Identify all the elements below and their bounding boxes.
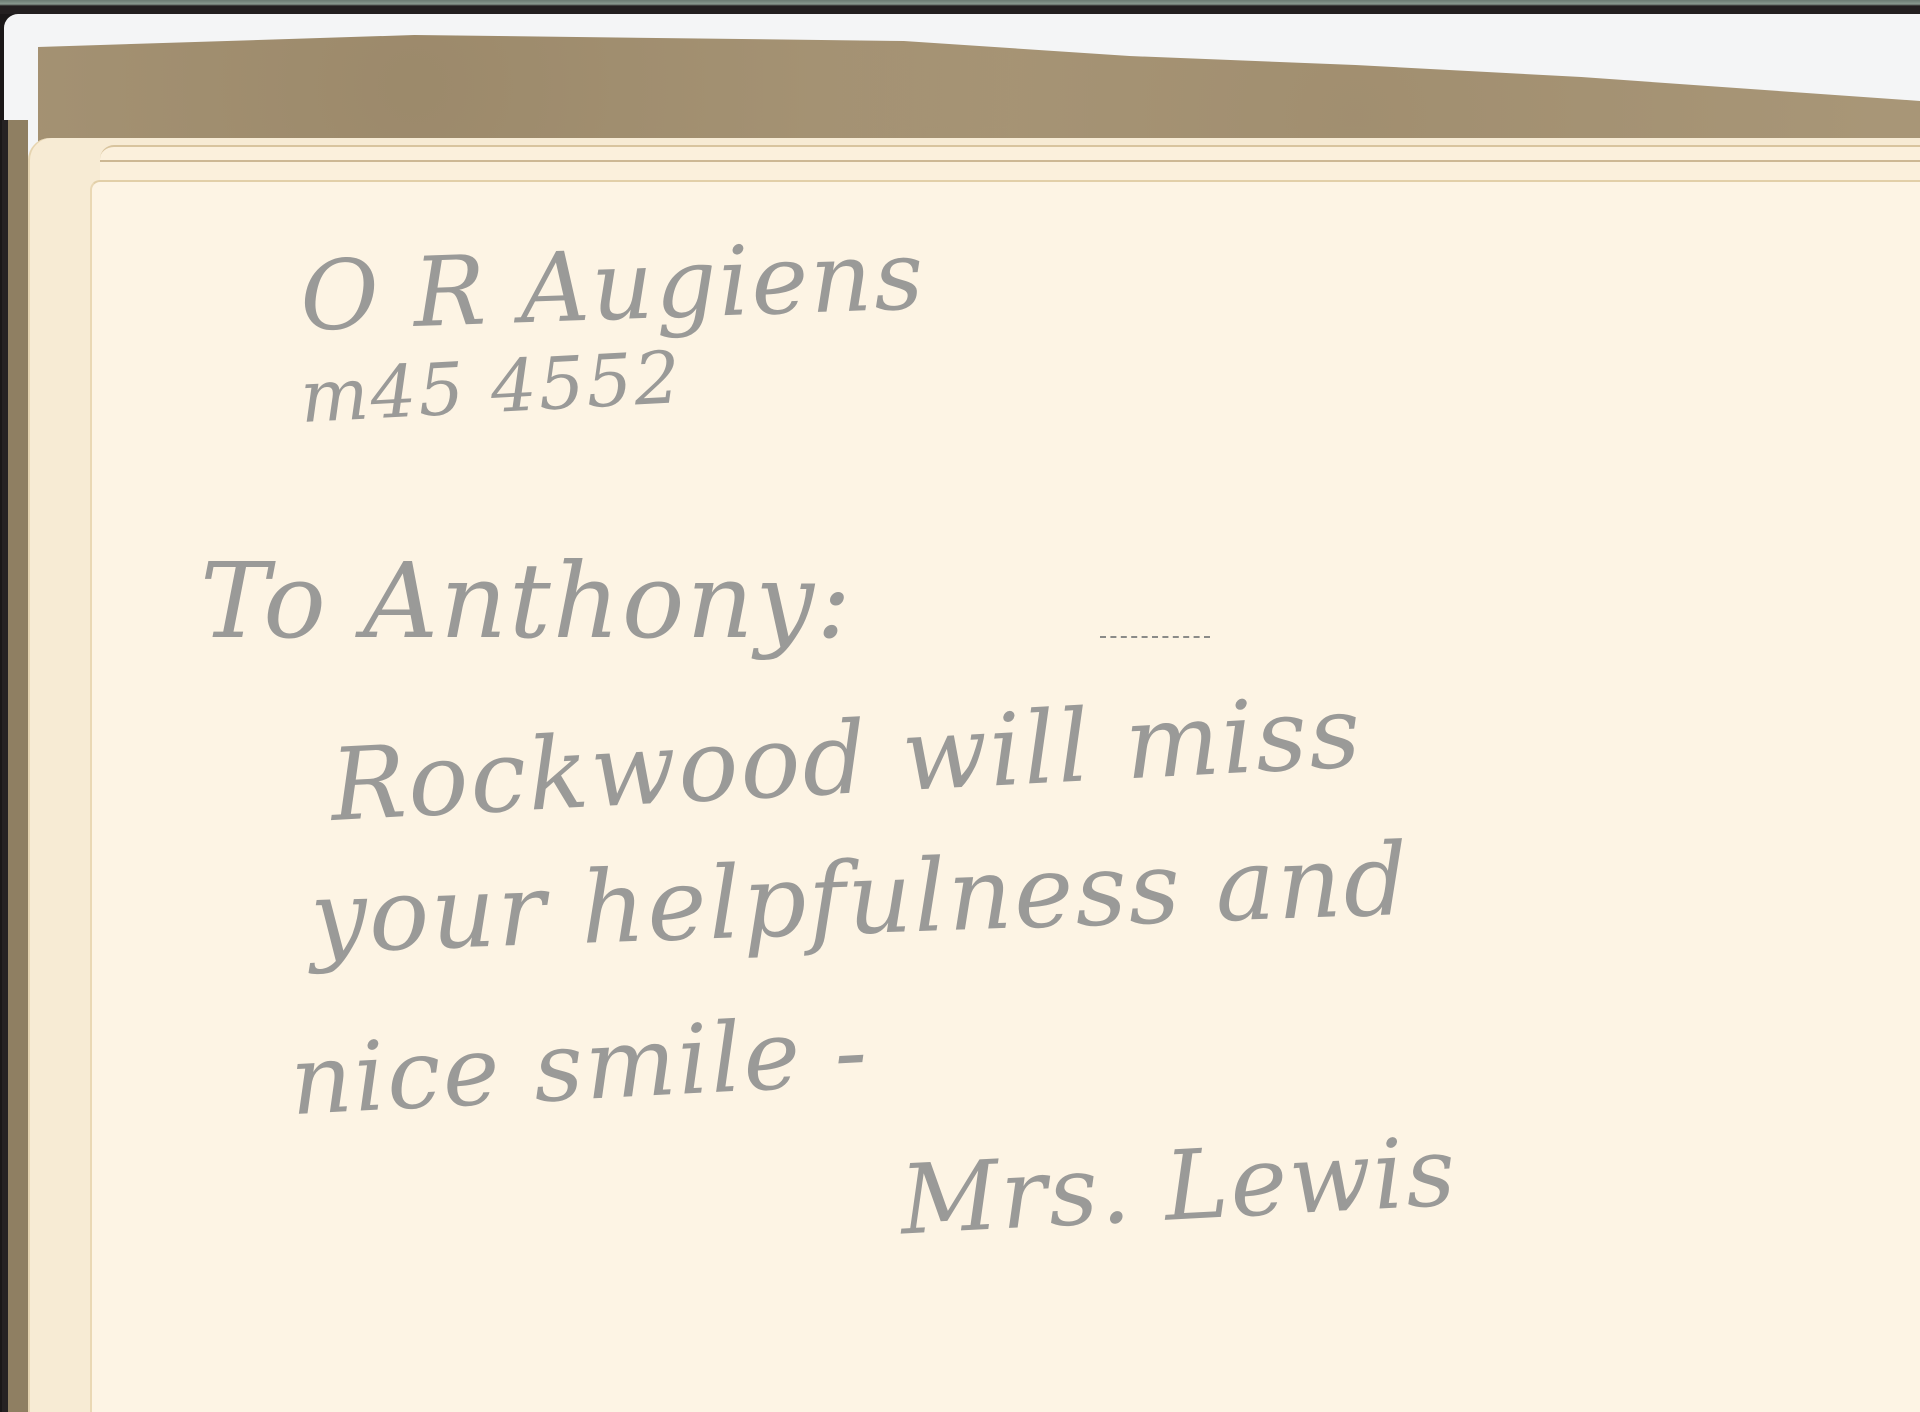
scanner-frame-top: [0, 0, 1920, 14]
handwritten-name: O R Augiens: [298, 219, 927, 353]
pencil-dash-mark: [1100, 636, 1210, 638]
page-edge-line: [100, 160, 1920, 162]
handwritten-greeting: To Anthony:: [200, 540, 853, 662]
book-cover-spine-edge: [2, 120, 28, 1412]
